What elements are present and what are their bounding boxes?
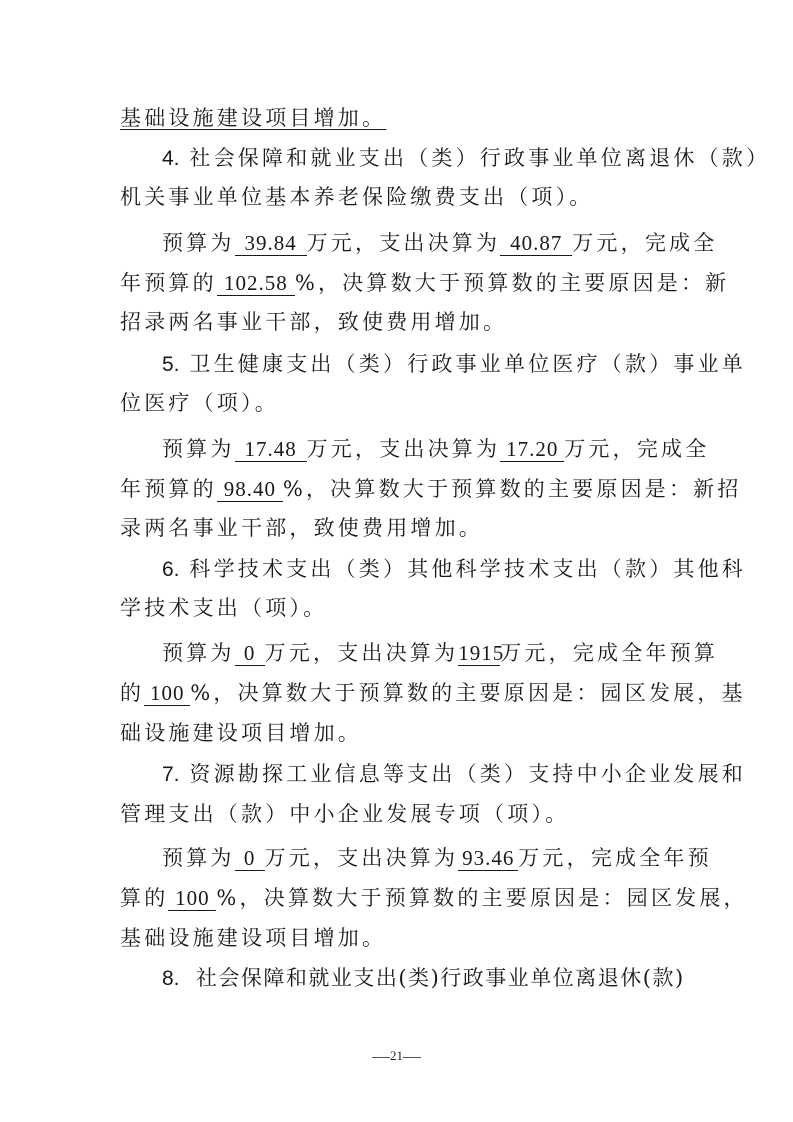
item-5-heading-cont: 位医疗（项）。 xyxy=(120,388,673,418)
item-4-heading-cont: 机关事业单位基本养老保险缴费支出（项）。 xyxy=(120,182,673,212)
label: %，决算数大于预算数的主要原因是：园区发展，基 xyxy=(190,681,746,705)
item-number: 6. xyxy=(162,558,180,581)
label: 预算为 xyxy=(162,231,235,255)
label: 万元，完成全年预 xyxy=(518,846,712,870)
heading-text: 社会保障和就业支出(类)行政事业单位离退休(款) xyxy=(196,966,685,990)
item-6-heading: 6. 科学技术支出（类）其他科学技术支出（款）其他科 xyxy=(162,554,673,584)
label: 万元，支出决算为 xyxy=(307,437,501,461)
item-7-heading-cont: 管理支出（款）中小企业发展专项（项）。 xyxy=(120,799,673,829)
item-4-reason-cont: 招录两名事业干部，致使费用增加。 xyxy=(120,307,673,337)
page-footer: 21 xyxy=(0,1048,793,1064)
heading-text: 资源勘探工业信息等支出（类）支持中小企业发展和 xyxy=(189,762,746,786)
item-number: 4. xyxy=(162,147,180,170)
item-number: 8. xyxy=(162,967,180,990)
dash-right xyxy=(403,1057,421,1058)
item-7-reason-cont: 基础设施建设项目增加。 xyxy=(120,923,673,953)
label: 算的 xyxy=(120,886,168,910)
item-5-reason-cont: 录两名事业干部，致使费用增加。 xyxy=(120,513,673,543)
item-8-heading: 8. 社会保障和就业支出(类)行政事业单位离退休(款) xyxy=(162,963,673,993)
label: 预算为 xyxy=(162,437,235,461)
label: %，决算数大于预算数的主要原因是：园区发展， xyxy=(216,886,747,910)
document-page: 基础设施建设项目增加。 4. 社会保障和就业支出（类）行政事业单位离退休（款） … xyxy=(0,0,793,1122)
item-5-heading: 5. 卫生健康支出（类）行政事业单位医疗（款）事业单 xyxy=(162,349,673,379)
item-6-reason-cont: 础设施建设项目增加。 xyxy=(120,718,673,748)
budget-value: 0 xyxy=(235,846,265,871)
actual-value: 1915 xyxy=(458,641,500,666)
percent-value: 98.40 xyxy=(217,477,283,502)
label: 万元，支出决算为 xyxy=(307,231,501,255)
item-6-budget-line: 预算为0万元，支出决算为1915万元，完成全年预算 xyxy=(162,638,673,668)
item-number: 7. xyxy=(162,763,180,786)
actual-value: 93.46 xyxy=(458,846,518,871)
item-4-percent-line: 年预算的102.58%，决算数大于预算数的主要原因是：新 xyxy=(120,268,673,298)
label: %，决算数大于预算数的主要原因是：新 xyxy=(295,271,730,295)
percent-value: 102.58 xyxy=(217,271,295,296)
percent-value: 100 xyxy=(168,886,216,911)
item-5-percent-line: 年预算的98.40%，决算数大于预算数的主要原因是：新招 xyxy=(120,474,673,504)
item-6-heading-cont: 学技术支出（项）。 xyxy=(120,593,673,623)
actual-value: 17.20 xyxy=(500,437,564,462)
item-7-percent-line: 算的100%，决算数大于预算数的主要原因是：园区发展， xyxy=(120,883,673,913)
item-7-heading: 7. 资源勘探工业信息等支出（类）支持中小企业发展和 xyxy=(162,759,673,789)
label: 年预算的 xyxy=(120,477,217,501)
label: 万元，完成全年预算 xyxy=(500,641,718,665)
percent-value: 100 xyxy=(144,681,190,706)
item-4-budget-line: 预算为39.84万元，支出决算为40.87万元，完成全 xyxy=(162,228,673,258)
label: 预算为 xyxy=(162,846,235,870)
item-number: 5. xyxy=(162,353,180,376)
label: 预算为 xyxy=(162,641,235,665)
actual-value: 40.87 xyxy=(500,231,572,256)
item-6-percent-line: 的100%，决算数大于预算数的主要原因是：园区发展，基 xyxy=(120,678,673,708)
label: 年预算的 xyxy=(120,271,217,295)
label: 万元，完成全 xyxy=(564,437,709,461)
label: 万元，支出决算为 xyxy=(265,846,459,870)
heading-text: 卫生健康支出（类）行政事业单位医疗（款）事业单 xyxy=(189,352,746,376)
label: 万元，完成全 xyxy=(572,231,717,255)
item-5-budget-line: 预算为17.48万元，支出决算为17.20万元，完成全 xyxy=(162,434,673,464)
heading-text: 科学技术支出（类）其他科学技术支出（款）其他科 xyxy=(189,557,746,581)
heading-text: 社会保障和就业支出（类）行政事业单位离退休（款） xyxy=(189,146,770,170)
continuation-text: 基础设施建设项目增加。 xyxy=(120,103,386,133)
label: %，决算数大于预算数的主要原因是：新招 xyxy=(283,477,742,501)
item-4-heading: 4. 社会保障和就业支出（类）行政事业单位离退休（款） xyxy=(162,143,673,173)
item-7-budget-line: 预算为0万元，支出决算为93.46万元，完成全年预 xyxy=(162,843,673,873)
label: 的 xyxy=(120,681,144,705)
label: 万元，支出决算为 xyxy=(265,641,459,665)
dash-left xyxy=(372,1057,390,1058)
budget-value: 39.84 xyxy=(235,231,307,256)
budget-value: 17.48 xyxy=(235,437,307,462)
page-number: 21 xyxy=(390,1048,403,1063)
budget-value: 0 xyxy=(235,641,265,666)
